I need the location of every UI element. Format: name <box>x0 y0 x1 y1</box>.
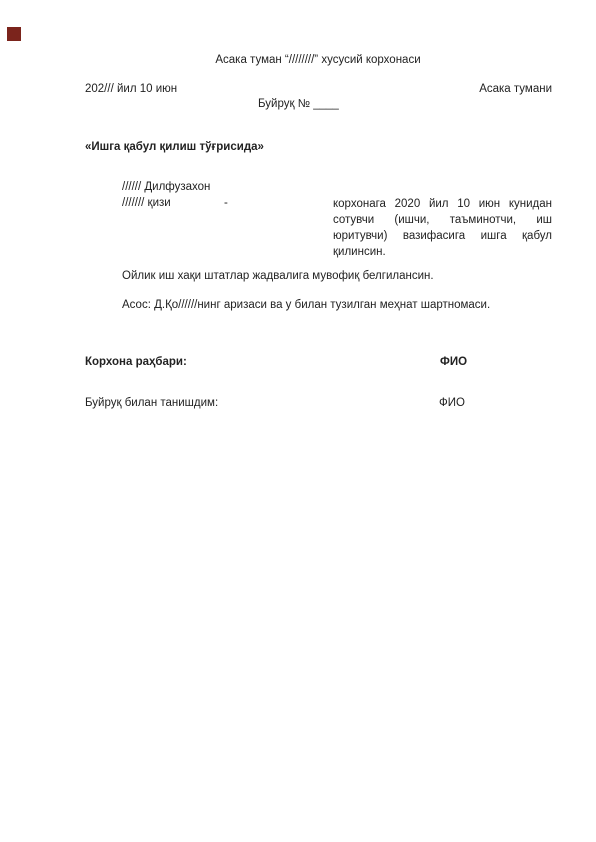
employee-name-line1: ////// Дилфузахон <box>122 180 210 194</box>
acknowledged-signature-name: ФИО <box>439 396 465 410</box>
order-subject-heading: «Ишга қабул қилиш тўғрисида» <box>85 140 264 154</box>
employee-name-line2: /////// қизи <box>122 196 171 210</box>
director-signature-label: Корхона раҳбари: <box>85 355 187 369</box>
director-signature-name: ФИО <box>440 355 467 369</box>
company-title: Асака туман “////////” хусусий корхонаси <box>85 53 551 67</box>
salary-clause: Ойлик иш хақи штатлар жадвалига мувофиқ … <box>122 269 434 283</box>
corner-marker <box>7 27 21 41</box>
date-place-row: 202/// йил 10 июн Асака тумани <box>85 82 552 96</box>
basis-clause: Асос: Д.Қо//////нинг аризаси ва у билан … <box>122 298 490 312</box>
order-body-text: корхонага 2020 йил 10 июн кунидан сотувч… <box>333 196 552 260</box>
order-number-line: Буйруқ № ____ <box>258 97 339 111</box>
order-date: 202/// йил 10 июн <box>85 82 177 96</box>
document-page: Асака туман “////////” хусусий корхонаси… <box>0 0 596 842</box>
acknowledged-signature-label: Буйруқ билан танишдим: <box>85 396 218 410</box>
name-separator-dash: - <box>224 196 228 210</box>
order-place: Асака тумани <box>479 82 552 96</box>
